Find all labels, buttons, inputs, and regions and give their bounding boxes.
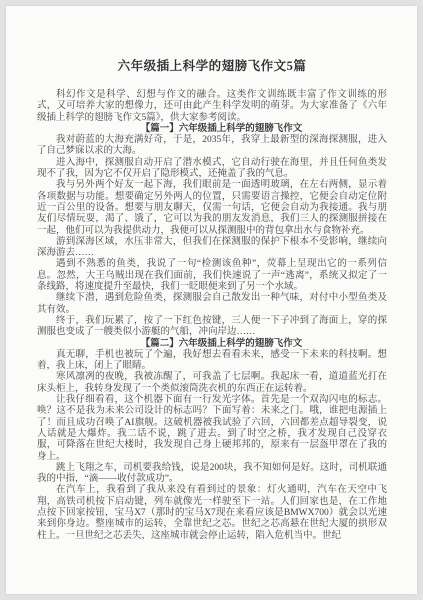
essay-paragraph: 终于，我们玩累了，按了一下红色按键，三人便一下子冲到了海面上，穿的探测服也变成了… [37, 316, 387, 339]
essay-title: 六年级插上科学的翅膀飞作文5篇 [37, 59, 387, 73]
document-page: 六年级插上科学的翅膀飞作文5篇 科幻作文是科学、幻想与作文的融合。这类作文训练既… [6, 6, 417, 594]
essay-paragraph: 寒风凛冽的夜晚，我被冻醒了，可我盖了七层啊。我起床一看，道道蓝光打在床头柜上，我… [37, 372, 387, 395]
essay-paragraph: 游到深海区域，水压非常大，但我们在探测服的保护下根本不受影响，继续向深海游去…… [37, 237, 387, 260]
essay-paragraph: 让我仔细看看，这个机器下面有一行发光字体。首先是一个双沟闪电的标志。唤？这不是我… [37, 395, 387, 463]
essay-body: 科幻作文是科学、幻想与作文的融合。这类作文训练既丰富了作文训练的形式，又可培养大… [37, 90, 387, 542]
essay-paragraph: 真无聊，手机也被玩了个遍，我好想去看看未来，感受一下未来的科技啊。想着，我上床，… [37, 350, 387, 373]
essay-paragraph: 我对蔚蓝的大海充满好奇，于是，2035年，我穿上最新型的深海探测服，进入了自己梦… [37, 135, 387, 158]
essay-paragraph: 进入海中，探测服自动开启了潜水模式，它自动行驶在海里，并且任何鱼类发现不了我，因… [37, 158, 387, 181]
essay-paragraph: 继续下潜，遇到危险鱼类，探测服会自己散发出一种气味，对付中小型鱼类及其有效。 [37, 293, 387, 316]
essay-paragraph: 我与另外两个好友一起下海，我们眼前是一面透明玻璃，在左右两侧，显示着各项数据与功… [37, 180, 387, 236]
intro-paragraph: 科幻作文是科学、幻想与作文的融合。这类作文训练既丰富了作文训练的形式，又可培养大… [37, 90, 387, 124]
section-1-heading: 【篇一】六年级插上科学的翅膀飞作文 [37, 124, 387, 135]
section-2-heading: 【篇二】六年级插上科学的翅膀飞作文 [37, 339, 387, 350]
essay-paragraph: 遇到不熟悉的鱼类，我说了一句“检测该鱼种”，荧幕上呈现出它的一系列信息。忽然，大… [37, 259, 387, 293]
essay-paragraph: 在汽车上，我看到了我从来没有看到过的景象：灯火通明，汽车在天空中飞翔，高铁司机按… [37, 485, 387, 541]
essay-paragraph: 跳上飞翔之车，司机要我给钱，说是200块，我不知如何是好。这时，司机联通我的中指… [37, 463, 387, 486]
